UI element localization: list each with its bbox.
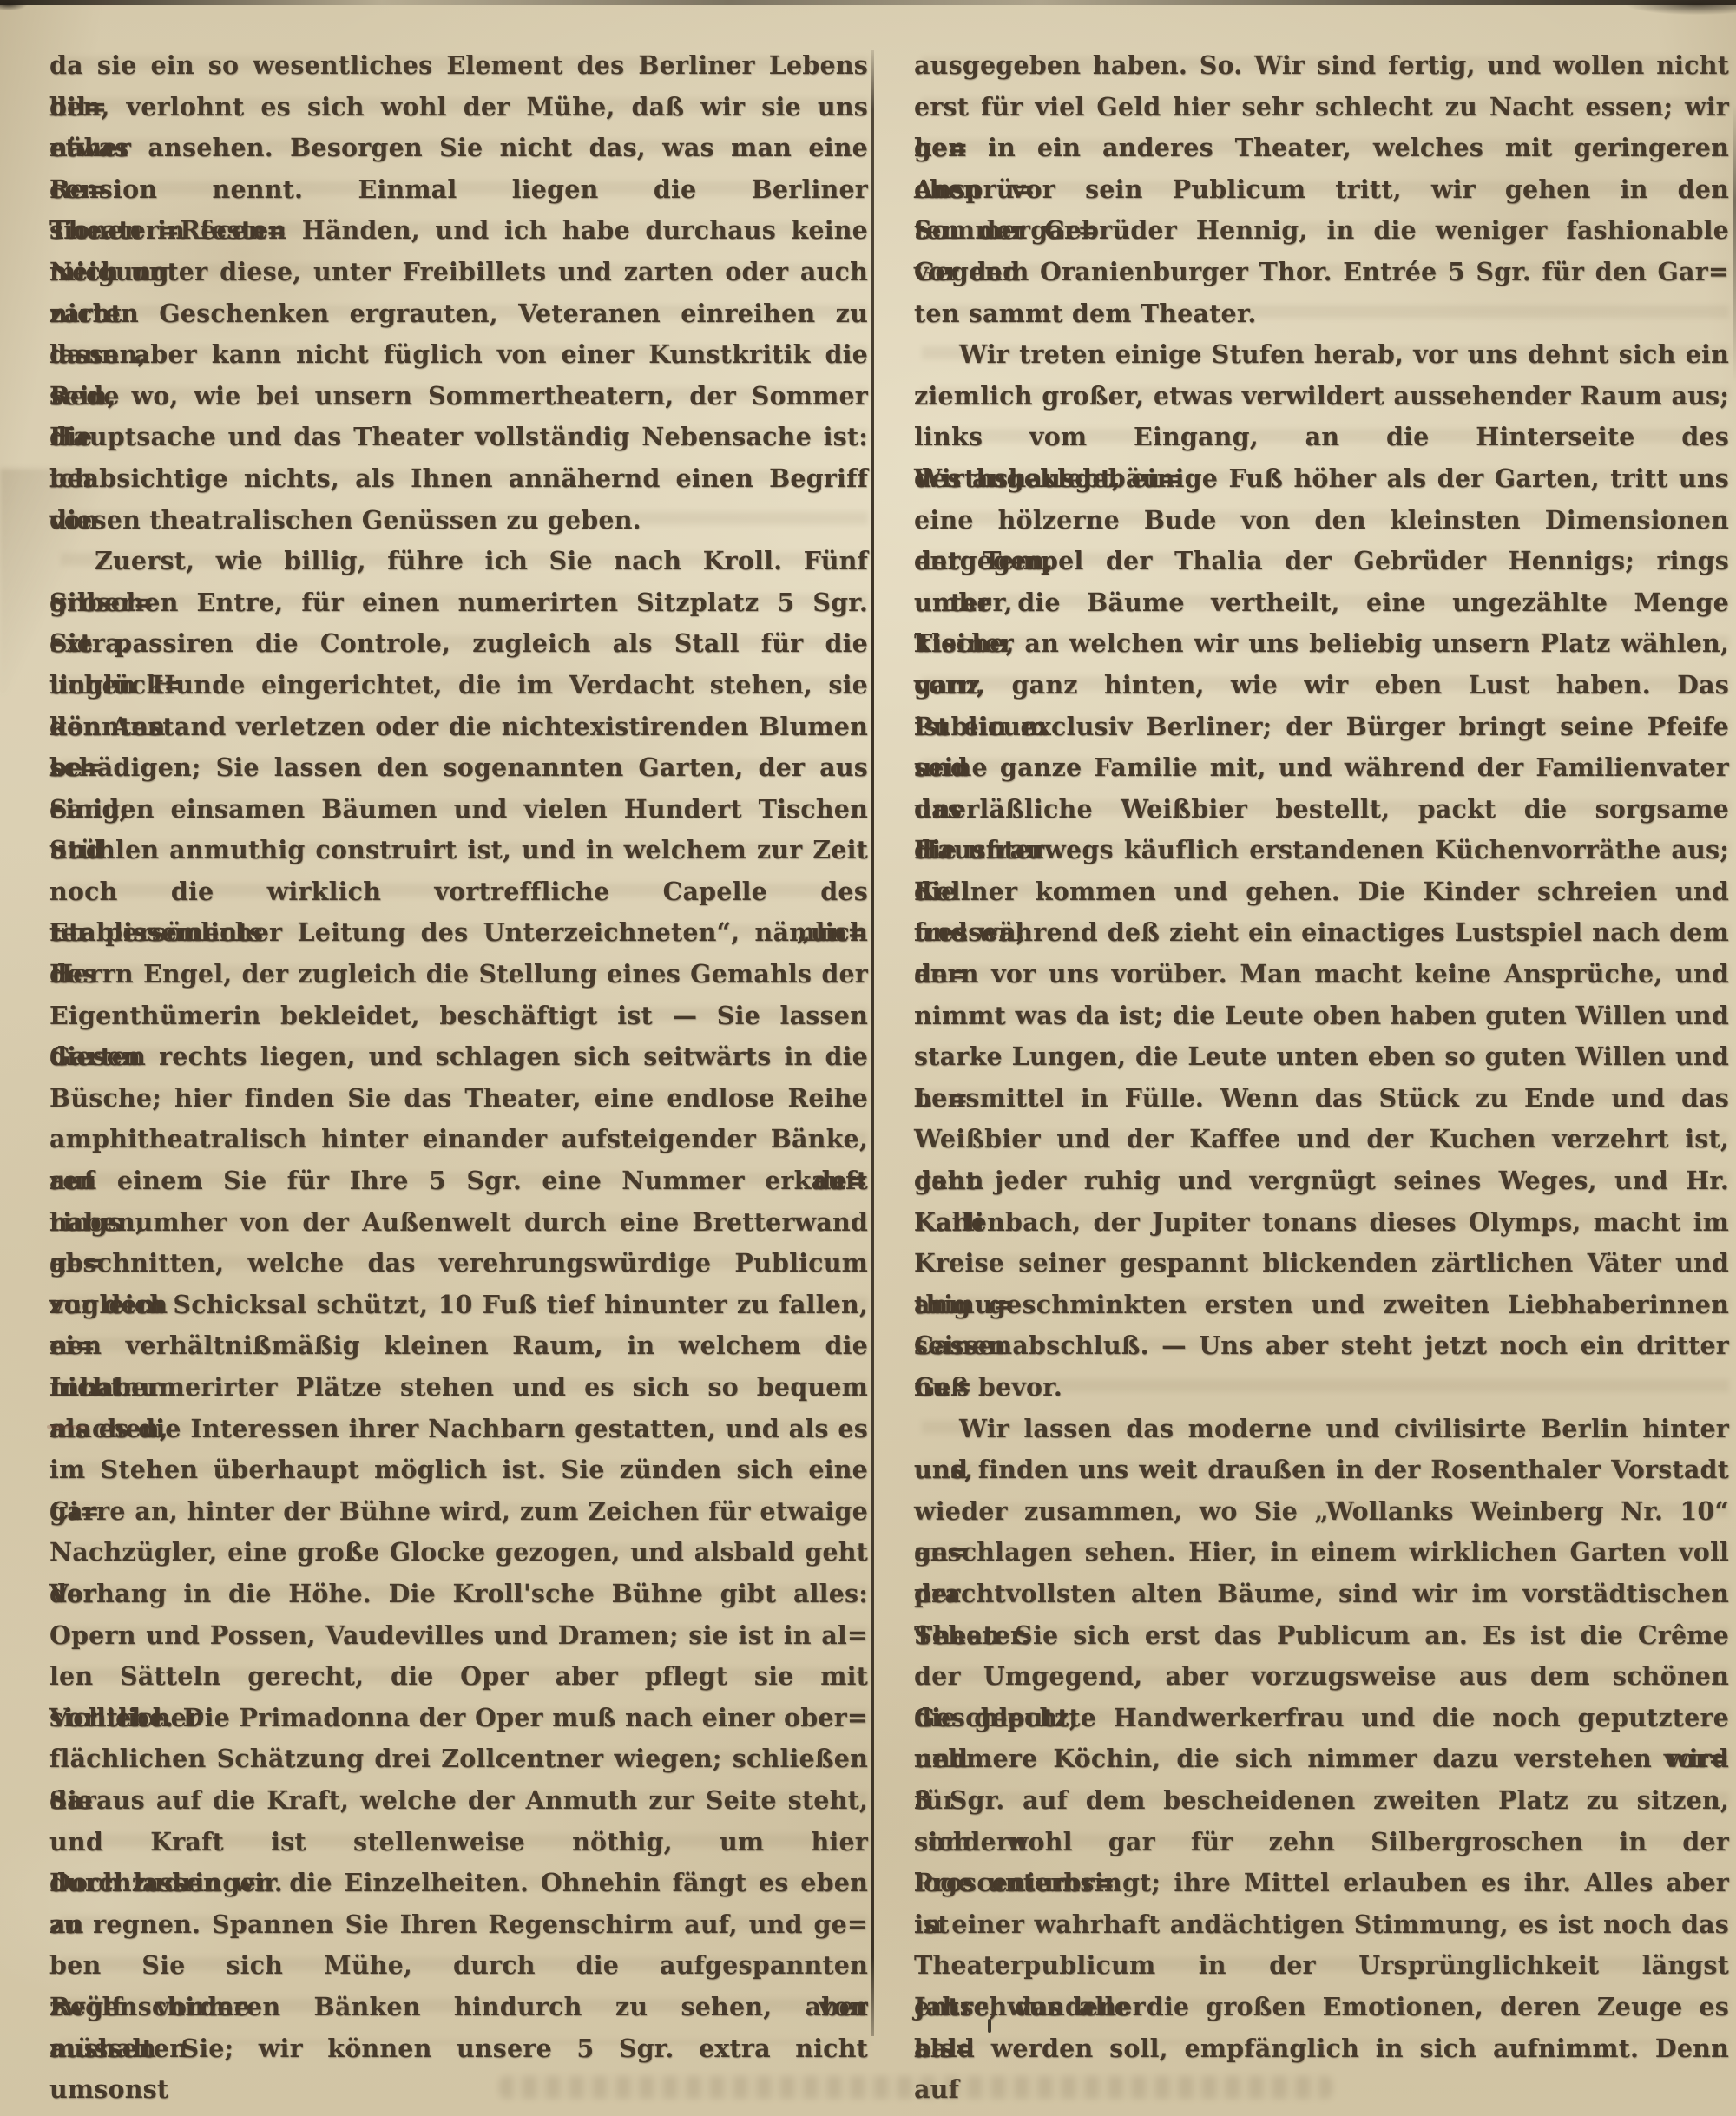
text-line: die geputzte Handwerkerfrau und die noch… (914, 1698, 1729, 1739)
text-line: vorn, ganz hinten, wie wir eben Lust hab… (914, 665, 1729, 706)
text-line: Zuerst, wie billig, führe ich Sie nach K… (49, 541, 868, 582)
text-line: und während deß zieht ein einactiges Lus… (914, 912, 1729, 954)
text-line: Kellner kommen und gehen. Die Kinder sch… (914, 871, 1729, 913)
text-line: mich unter diese, unter Freibillets und … (49, 252, 868, 293)
text-line: ren einem Sie für Ihre 5 Sgr. eine Numme… (49, 1160, 868, 1202)
text-line: nehmere Köchin, die sich nimmer dazu ver… (914, 1738, 1729, 1780)
text-line: Herrn Engel, der zugleich die Stellung e… (49, 954, 868, 996)
text-line: Hauptsache und das Theater vollständig N… (49, 417, 868, 458)
divider-end-tick (988, 2019, 991, 2033)
text-line: zarten Geschenken ergrauten, Veteranen e… (49, 293, 868, 335)
text-line: dern vor uns vorüber. Man macht keine An… (914, 954, 1729, 996)
text-line: beabsichtige nichts, als Ihnen annähernd… (49, 458, 868, 500)
text-line: Tische, an welchen wir uns beliebig unse… (914, 623, 1729, 665)
text-line: Jahre, das alle die großen Emotionen, de… (914, 1987, 1729, 2028)
text-line: geschnitten, welche das verehrungswürdig… (49, 1243, 868, 1285)
text-line: starke Lungen, die Leute unten eben so g… (914, 1036, 1729, 1078)
text-line: des angeklebt, einige Fuß höher als der … (914, 458, 1729, 500)
text-line: loge unterbringt; ihre Mittel erlauben e… (914, 1863, 1729, 1904)
text-line: Büsche; hier finden Sie das Theater, ein… (49, 1078, 868, 1120)
text-line: seine ganze Familie mit, und während der… (914, 747, 1729, 789)
scan-right-edge (1733, 104, 1736, 382)
text-line: Vorliebe. Die Primadonna der Oper muß na… (49, 1698, 868, 1739)
text-line: sein, wo, wie bei unsern Sommertheatern,… (49, 376, 868, 417)
text-line: links vom Eingang, an die Hinterseite de… (914, 417, 1729, 458)
text-line: bald werden soll, empfänglich in sich au… (914, 2028, 1729, 2070)
text-line: unter die Bäume vertheilt, eine ungezähl… (914, 582, 1729, 624)
text-line: nimmt was da ist; die Leute oben haben g… (914, 996, 1729, 1037)
text-line: die unterwegs käuflich erstandenen Küche… (914, 830, 1729, 871)
text-line: zu regnen. Spannen Sie Ihren Regenschirm… (49, 1904, 868, 1946)
text-line: Sie passiren die Controle, zugleich als … (49, 623, 868, 665)
text-line: Doch lassen wir die Einzelheiten. Ohnehi… (49, 1863, 868, 1904)
text-line: lichen Hunde eingerichtet, die im Verdac… (49, 665, 868, 706)
text-line: rings umher von der Außenwelt durch eine… (49, 1202, 868, 1244)
column-divider-rule (871, 50, 874, 2036)
text-line: Eigenthümerin bekleidet, beschäftigt ist… (49, 996, 868, 1037)
text-line: im Stehen überhaupt möglich ist. Sie zün… (49, 1449, 868, 1491)
text-line: den, verlohnt es sich wohl der Mühe, daß… (49, 87, 868, 128)
text-line: chen vor sein Publicum tritt, wir gehen … (914, 169, 1729, 211)
text-line: einigen einsamen Bäumen und vielen Hunde… (49, 789, 868, 831)
text-line: 3 Sgr. auf dem bescheidenen zweiten Plat… (914, 1780, 1729, 1822)
scan-top-edge (0, 0, 1736, 5)
text-line: müssen Sie; wir können unsere 5 Sgr. ext… (49, 2028, 868, 2070)
ink-speck (47, 1425, 87, 1429)
text-line: sich wohl gar für zehn Silbergroschen in… (914, 1822, 1729, 1863)
text-line: eine hölzerne Bude von den kleinsten Dim… (914, 500, 1729, 542)
text-line: in einer wahrhaft andächtigen Stimmung, … (914, 1904, 1729, 1946)
text-line: len Sätteln gerecht, die Oper aber pfleg… (49, 1656, 868, 1698)
text-line: ten der Gebrüder Hennig, in die weniger … (914, 210, 1729, 252)
text-line: der Tempel der Thalia der Gebrüder Henni… (914, 541, 1729, 582)
text-line: Wir lassen das moderne und civilisirte B… (914, 1409, 1729, 1450)
text-line: und Kraft ist stellenweise nöthig, um hi… (49, 1822, 868, 1863)
text-line: ziemlich großer, etwas verwildert ausseh… (914, 376, 1729, 417)
text-line: der Umgegend, aber vorzugsweise aus dem … (914, 1656, 1729, 1698)
scan-corner-mark-left (0, 0, 40, 14)
text-line: thig geschminkten ersten und zweiten Lie… (914, 1285, 1729, 1326)
text-line: prachtvollsten alten Bäume, sind wir im … (914, 1574, 1729, 1615)
text-line: ter persönlicher Leitung des Unterzeichn… (49, 912, 868, 954)
text-line: Sehen Sie sich erst das Publicum an. Es … (914, 1615, 1729, 1657)
column-left: da sie ein so wesentliches Element des B… (49, 45, 868, 2069)
text-line: groschen Entre, für einen numerirten Sit… (49, 582, 868, 624)
text-line: garre an, hinter der Bühne wird, zum Zei… (49, 1491, 868, 1533)
text-line: flächlichen Schätzung drei Zollcentner w… (49, 1738, 868, 1780)
scanned-page: { "colors": { "paper": "#d8ccae", "ink":… (0, 0, 1736, 2116)
column-right: ausgegeben haben. So. Wir sind fertig, u… (914, 45, 1729, 2069)
text-line: ben Sie sich Mühe, durch die aufgespannt… (49, 1945, 868, 1987)
text-line: Cassenabschluß. — Uns aber steht jetzt n… (914, 1325, 1729, 1367)
text-line: unerläßliche Weißbier bestellt, packt di… (914, 789, 1729, 831)
text-line: sionen in festen Händen, und ich habe du… (49, 210, 868, 252)
printer-imprint-bleed-through (499, 2076, 1332, 2099)
text-line: Weißbier und der Kaffee und der Kuchen v… (914, 1119, 1729, 1160)
text-line: hen in ein anderes Theater, welches mit … (914, 128, 1729, 169)
text-line: nichtnumerirter Plätze stehen und es sic… (49, 1367, 868, 1409)
text-line: wieder zusammen, wo Sie „Wollanks Weinbe… (914, 1491, 1729, 1533)
text-line: amphitheatralisch hinter einander aufste… (49, 1119, 868, 1160)
text-line: Theaterpublicum in der Ursprünglichkeit … (914, 1945, 1729, 1987)
text-line: bensmittel in Fülle. Wenn das Stück zu E… (914, 1078, 1729, 1120)
text-line: cension nennt. Einmal liegen die Berline… (49, 169, 868, 211)
text-line: nen verhältnißmäßig kleinen Raum, in wel… (49, 1325, 868, 1367)
text-line: vor dem Oranienburger Thor. Entrée 5 Sgr… (914, 252, 1729, 293)
text-line: Nachzügler, eine große Glocke gezogen, u… (49, 1532, 868, 1574)
text-line: Vorhang in die Höhe. Die Kroll'sche Bühn… (49, 1574, 868, 1615)
text-line: geht jeder ruhig und vergnügt seines Weg… (914, 1160, 1729, 1202)
text-line: noch die wirklich vortreffliche Capelle … (49, 871, 868, 913)
text-line: Kallenbach, der Jupiter tonans dieses Ol… (914, 1202, 1729, 1244)
text-line: nuß bevor. (914, 1367, 1729, 1409)
text-line: Kreise seiner gespannt blickenden zärtli… (914, 1243, 1729, 1285)
text-line: Wir treten einige Stufen herab, vor uns … (914, 334, 1729, 376)
text-line: ist ein exclusiv Berliner; der Bürger br… (914, 706, 1729, 748)
text-line: vor dem Schicksal schützt, 10 Fuß tief h… (49, 1285, 868, 1326)
scan-corner-mark-right (1606, 0, 1736, 23)
text-line: und finden uns weit draußen in der Rosen… (914, 1449, 1729, 1491)
text-line: ausgegeben haben. So. Wir sind fertig, u… (914, 45, 1729, 87)
text-line: dann aber kann nicht füglich von einer K… (49, 334, 868, 376)
text-line: daraus auf die Kraft, welche der Anmuth … (49, 1780, 868, 1822)
text-line: erst für viel Geld hier sehr schlecht zu… (914, 87, 1729, 128)
text-line: da sie ein so wesentliches Element des B… (49, 45, 868, 87)
text-line: Opern und Possen, Vaudevilles und Dramen… (49, 1615, 868, 1657)
text-line: Stühlen anmuthig construirt ist, und in … (49, 830, 868, 871)
text-line: als es die Interessen ihrer Nachbarn ges… (49, 1409, 868, 1450)
text-line: schädigen; Sie lassen den sogenannten Ga… (49, 747, 868, 789)
text-line: zwölf vorderen Bänken hindurch zu sehen,… (49, 1987, 868, 2028)
text-line: näher ansehen. Besorgen Sie nicht das, w… (49, 128, 868, 169)
text-line: den Anstand verletzen oder die nichtexis… (49, 706, 868, 748)
text-line: diesen theatralischen Genüssen zu geben. (49, 500, 868, 542)
text-line: Garten rechts liegen, und schlagen sich … (49, 1036, 868, 1078)
text-line: ten sammt dem Theater. (914, 293, 1729, 335)
text-line: geschlagen sehen. Hier, in einem wirklic… (914, 1532, 1729, 1574)
